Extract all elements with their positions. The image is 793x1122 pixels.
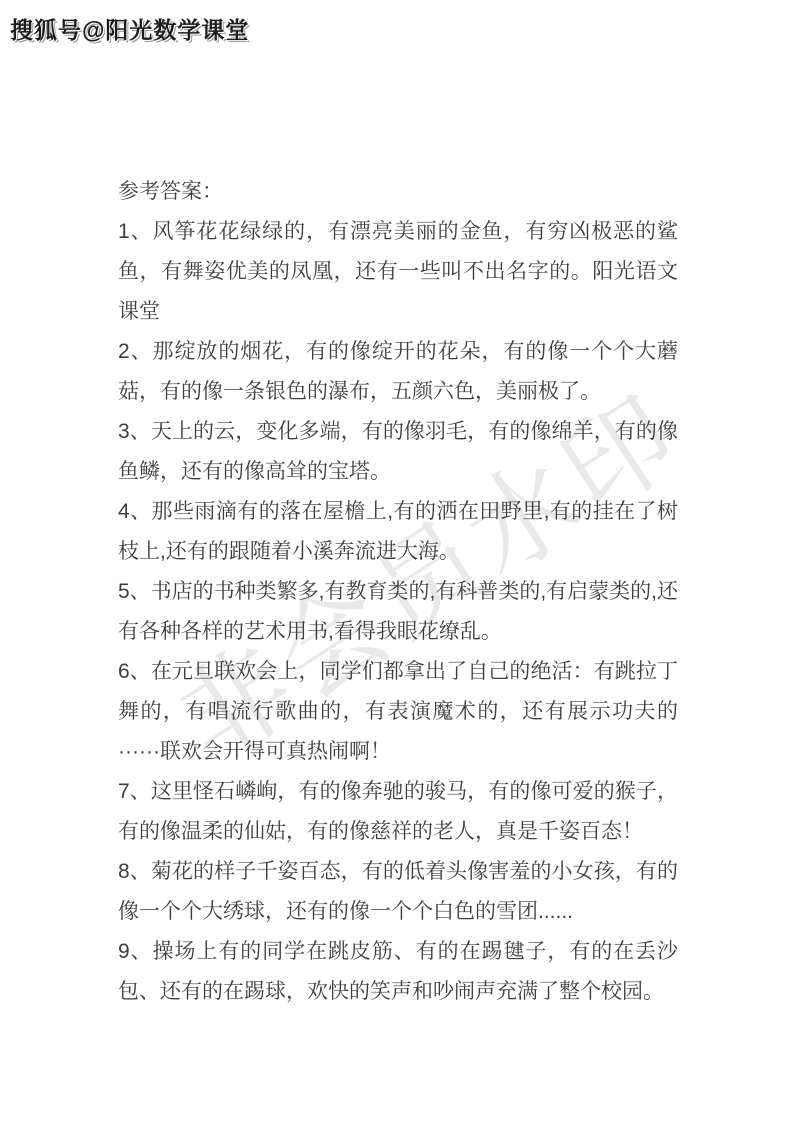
answer-item-5: 5、书店的书种类繁多,有教育类的,有科普类的,有启蒙类的,还有各种各样的艺术用书… [118,572,678,652]
answer-item-4: 4、那些雨滴有的落在屋檐上,有的洒在田野里,有的挂在了树枝上,还有的跟随着小溪奔… [118,492,678,572]
answer-item-9: 9、操场上有的同学在跳皮筋、有的在踢毽子，有的在丢沙包、还有的在踢球，欢快的笑声… [118,932,678,1012]
answers-title: 参考答案： [118,172,678,212]
answer-item-8: 8、菊花的样子千姿百态，有的低着头像害羞的小女孩，有的像一个个大绣球，还有的像一… [118,852,678,932]
sohu-account-watermark: 搜狐号@阳光数学课堂 [10,12,249,45]
answer-item-6: 6、在元旦联欢会上，同学们都拿出了自己的绝活：有跳拉丁舞的，有唱流行歌曲的，有表… [118,652,678,772]
answer-item-3: 3、天上的云，变化多端，有的像羽毛，有的像绵羊，有的像鱼鳞，还有的像高耸的宝塔。 [118,412,678,492]
answer-sheet: 参考答案： 1、风筝花花绿绿的，有漂亮美丽的金鱼，有穷凶极恶的鲨鱼，有舞姿优美的… [118,172,678,1012]
answer-item-2: 2、那绽放的烟花，有的像绽开的花朵，有的像一个个大蘑菇，有的像一条银色的瀑布，五… [118,332,678,412]
answer-item-7: 7、这里怪石嶙峋，有的像奔驰的骏马，有的像可爱的猴子，有的像温柔的仙姑，有的像慈… [118,772,678,852]
answer-item-1: 1、风筝花花绿绿的，有漂亮美丽的金鱼，有穷凶极恶的鲨鱼，有舞姿优美的凤凰，还有一… [118,212,678,332]
